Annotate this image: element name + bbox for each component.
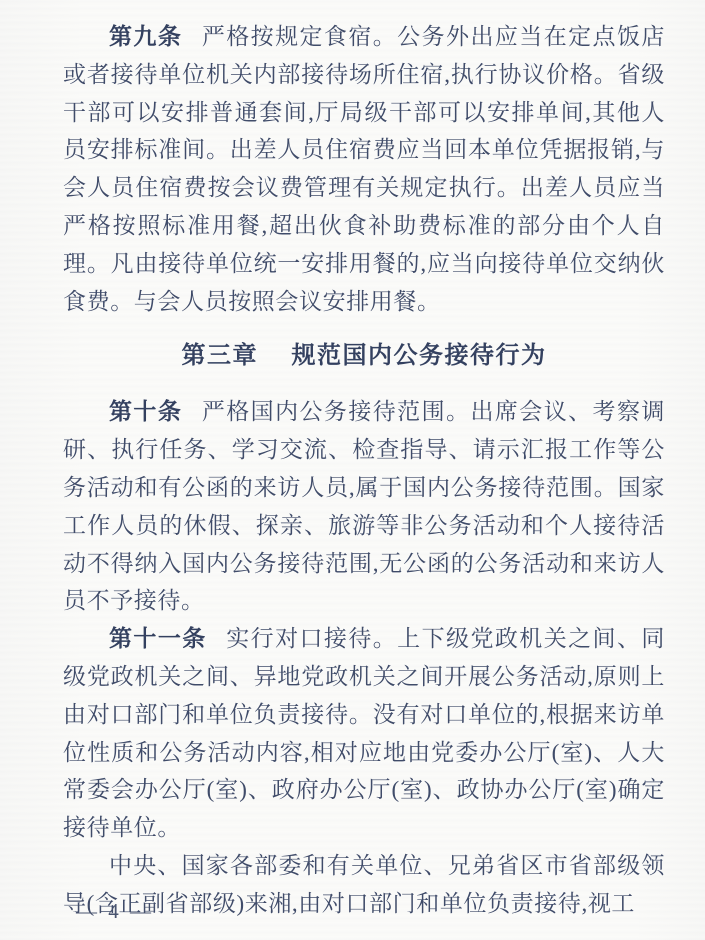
article-11-text: 实行对口接待。上下级党政机关之间、同级党政机关之间、异地党政机关之间开展公务活动… — [63, 626, 665, 840]
paragraph-article-9: 第九条严格按规定食宿。公务外出应当在定点饭店或者接待单位机关内部接待场所住宿,执… — [63, 18, 665, 320]
article-10-label: 第十条 — [109, 399, 182, 424]
chapter-3-title: 规范国内公务接待行为 — [292, 343, 547, 369]
article-11-label: 第十一条 — [109, 626, 207, 651]
article-9-label: 第九条 — [109, 24, 182, 49]
paragraph-article-10: 第十条严格国内公务接待范围。出席会议、考察调研、执行任务、学习交流、检查指导、请… — [63, 393, 665, 620]
chapter-3-number: 第三章 — [181, 343, 258, 369]
paragraph-article-11: 第十一条实行对口接待。上下级党政机关之间、同级党政机关之间、异地党政机关之间开展… — [63, 620, 665, 847]
document-page: 第九条严格按规定食宿。公务外出应当在定点饭店或者接待单位机关内部接待场所住宿,执… — [0, 0, 705, 940]
article-9-text: 严格按规定食宿。公务外出应当在定点饭店或者接待单位机关内部接待场所住宿,执行协议… — [63, 24, 665, 314]
page-number: — 4 — — [76, 899, 154, 923]
chapter-3-heading: 第三章规范国内公务接待行为 — [63, 336, 665, 376]
page-footer: — 4 — — [76, 899, 154, 924]
article-10-text: 严格国内公务接待范围。出席会议、考察调研、执行任务、学习交流、检查指导、请示汇报… — [63, 399, 665, 613]
